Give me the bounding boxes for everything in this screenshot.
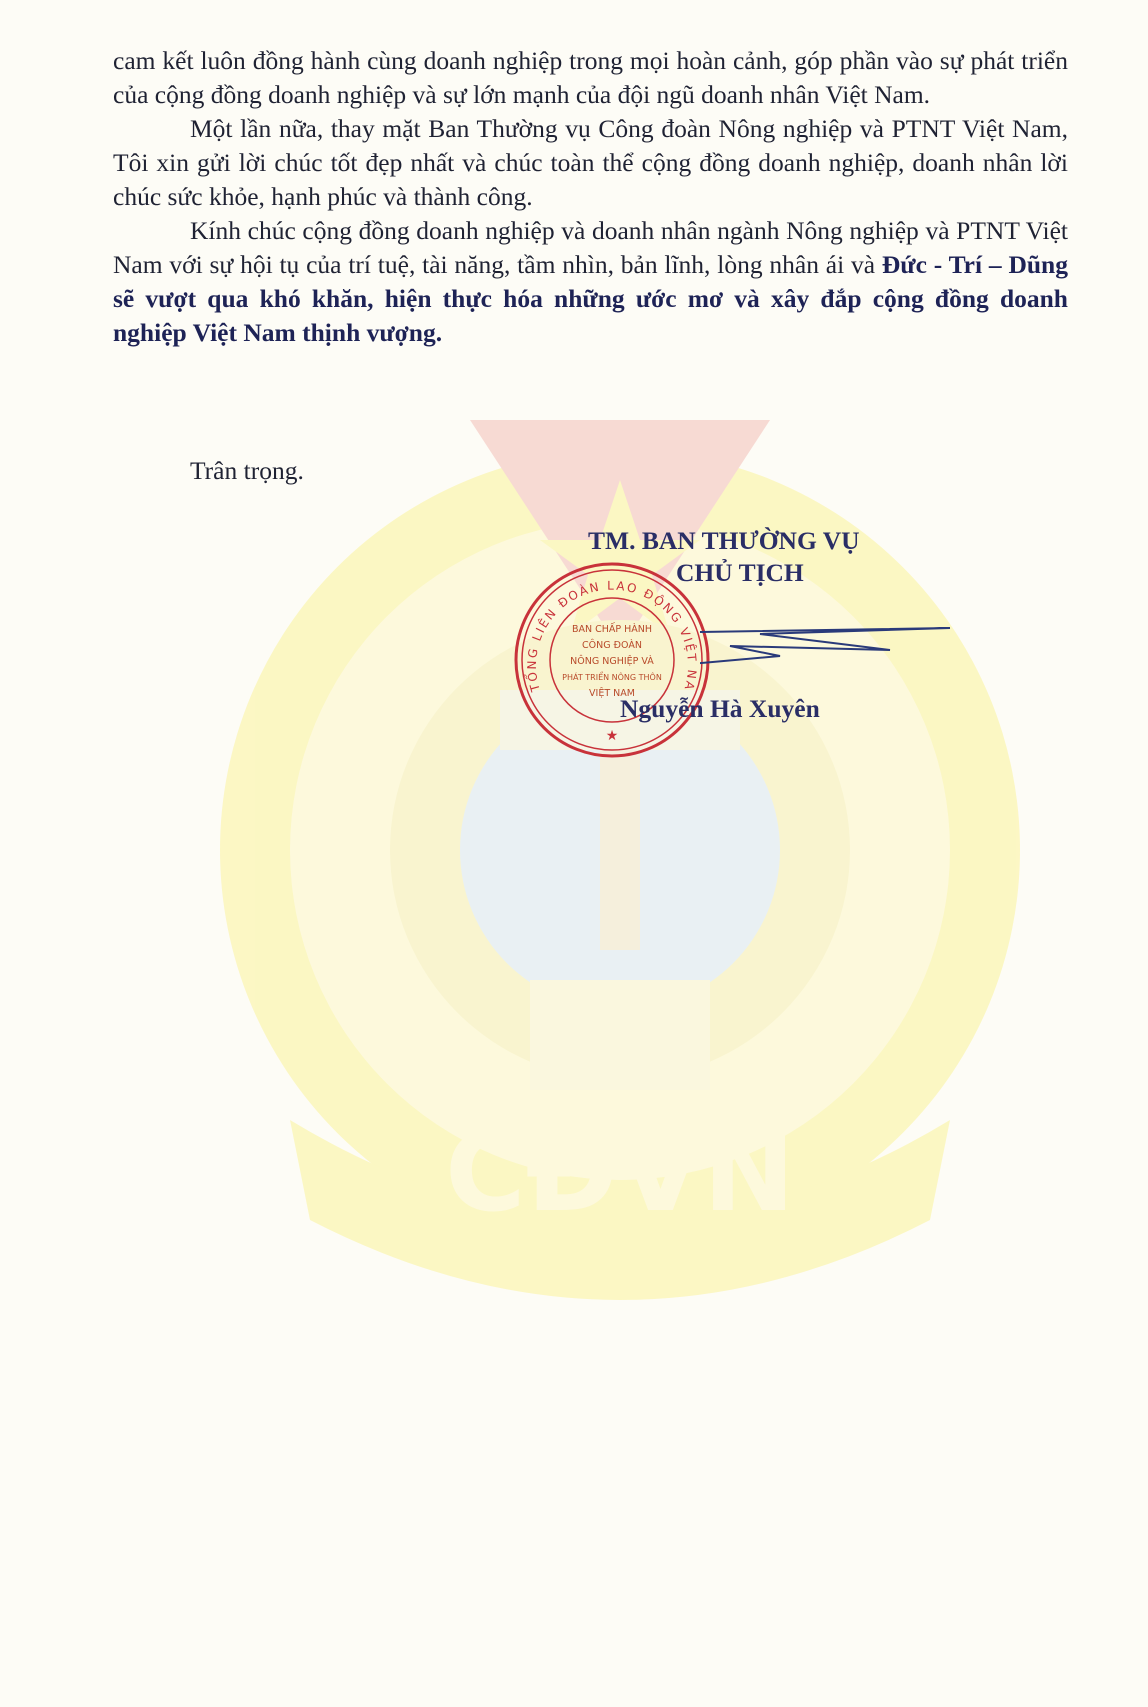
svg-text:CÔNG ĐOÀN: CÔNG ĐOÀN (582, 639, 642, 651)
svg-text:CĐVN: CĐVN (445, 1108, 795, 1236)
svg-text:BAN CHẤP HÀNH: BAN CHẤP HÀNH (572, 623, 652, 635)
official-stamp: TỔNG LIÊN ĐOÀN LAO ĐỘNG VIỆT NAM BAN CHẤ… (510, 560, 715, 760)
paragraph-greeting: Một lần nữa, thay mặt Ban Thường vụ Công… (113, 112, 1068, 214)
handwritten-signature (700, 620, 960, 670)
paragraph-wishes: Kính chúc cộng đồng doanh nghiệp và doan… (113, 214, 1068, 350)
closing-salutation: Trân trọng. (190, 456, 304, 486)
svg-text:PHÁT TRIỂN NÔNG THÔN: PHÁT TRIỂN NÔNG THÔN (562, 670, 662, 682)
letter-body: cam kết luôn đồng hành cùng doanh nghiệp… (113, 44, 1068, 350)
union-logo-watermark: CĐVN (170, 420, 1070, 1340)
signer-name: Nguyễn Hà Xuyên (620, 694, 820, 724)
stamp-star-icon: ★ (606, 729, 619, 744)
signature-title-line1: TM. BAN THƯỜNG VỤ (588, 524, 860, 558)
paragraph-commitment: cam kết luôn đồng hành cùng doanh nghiệp… (113, 44, 1068, 112)
svg-text:NÔNG NGHIỆP VÀ: NÔNG NGHIỆP VÀ (570, 655, 654, 667)
